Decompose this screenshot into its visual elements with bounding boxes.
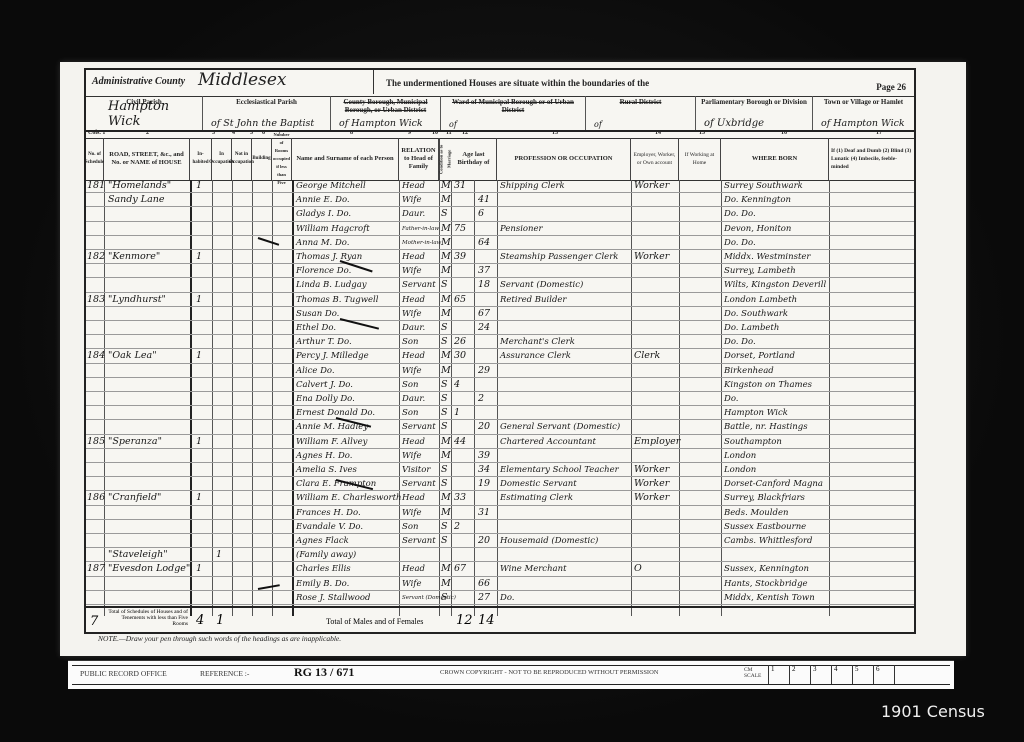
scale-5: 5 — [852, 665, 873, 684]
condition: M — [441, 492, 451, 504]
administrative-county-label: Administrative County — [92, 76, 185, 87]
condition: M — [441, 194, 451, 206]
employment-status: Worker — [634, 492, 669, 504]
relation: Daur. — [402, 208, 425, 220]
occupation: General Servant (Domestic) — [500, 421, 620, 433]
where-born: Surrey, Lambeth — [724, 265, 796, 277]
occupation: Elementary School Teacher — [500, 464, 619, 476]
relation: Daur. — [402, 322, 425, 334]
condition: M — [441, 223, 451, 235]
house-name: Sandy Lane — [108, 194, 164, 206]
employment-status: Worker — [634, 251, 669, 263]
totals-row: 7 Total of Schedules of Houses and of Te… — [86, 606, 914, 635]
uninhabited-count: 1 — [216, 549, 222, 561]
occupation: Do. — [500, 592, 515, 604]
administrative-county-value: Middlesex — [198, 70, 286, 90]
male-age: 75 — [454, 223, 466, 235]
female-age: 39 — [478, 450, 490, 462]
scale-label: CM SCALE — [744, 667, 764, 679]
table-row: 187"Evesdon Lodge"1Charles EllisHeadM67W… — [86, 563, 914, 576]
condition: S — [441, 379, 448, 391]
female-age: 37 — [478, 265, 490, 277]
condition: M — [441, 436, 451, 448]
reference-label: REFERENCE :- — [200, 669, 249, 678]
person-name: Rose J. Stallwood — [296, 592, 370, 604]
table-row: William HagcroftFather-in-lawM75Pensione… — [86, 223, 914, 236]
header-top: Administrative County Middlesex The unde… — [86, 70, 914, 97]
table-row: Ethel Do.Daur.S24Do. Lambeth — [86, 322, 914, 335]
table-row: Annie M. HadleyServantS20General Servant… — [86, 421, 914, 434]
female-age: 19 — [478, 478, 490, 490]
page-number: Page 26 — [876, 82, 906, 92]
person-name: Gladys I. Do. — [296, 208, 351, 220]
occupation: Chartered Accountant — [500, 436, 596, 448]
table-row: Rose J. StallwoodServant (Domestic)S27Do… — [86, 592, 914, 605]
ecclesiastical-parish: Ecclesiastical Parish of St John the Bap… — [203, 96, 331, 130]
where-born: Do. Do. — [724, 208, 756, 220]
schedule-number: 182 — [87, 251, 105, 263]
where-born: Southampton — [724, 436, 782, 448]
table-row: 182"Kenmore"1Thomas J. RyanHeadM39Steams… — [86, 251, 914, 264]
schedule-number: 186 — [87, 492, 105, 504]
person-name: Agnes H. Do. — [296, 450, 352, 462]
table-row: Agnes H. Do.WifeM39London — [86, 450, 914, 463]
total-uninhabited: 1 — [216, 613, 224, 628]
condition: M — [441, 365, 451, 377]
occupation: Housemaid (Domestic) — [500, 535, 598, 547]
male-age: 1 — [454, 407, 460, 419]
ward: Ward of Municipal Borough or of Urban Di… — [441, 96, 586, 130]
relation: Visitor — [402, 464, 430, 476]
person-name: Percy J. Milledge — [296, 350, 369, 362]
administrative-county: Administrative County Middlesex — [86, 70, 374, 94]
where-born: Surrey, Blackfriars — [724, 492, 805, 504]
relation: Son — [402, 407, 418, 419]
condition: S — [441, 521, 448, 533]
house-name: "Oak Lea" — [108, 350, 157, 362]
county-borough: County Borough, Municipal Borough, or Ur… — [331, 96, 441, 130]
female-age: 31 — [478, 507, 490, 519]
occupation: Retired Builder — [500, 294, 567, 306]
house-name: "Kenmore" — [108, 251, 160, 263]
male-age: 67 — [454, 563, 466, 575]
table-row: Agnes FlackServantS20Housemaid (Domestic… — [86, 535, 914, 548]
where-born: Cambs. Whittlesford — [724, 535, 812, 547]
where-born: Do. Do. — [724, 336, 756, 348]
schedule-number: 181 — [87, 180, 105, 192]
inhabited-count: 1 — [196, 294, 202, 306]
person-name: Evandale V. Do. — [296, 521, 363, 533]
where-born: Dorset, Portland — [724, 350, 795, 362]
person-name: William F. Allvey — [296, 436, 367, 448]
table-row: 183"Lyndhurst"1Thomas B. TugwellHeadM65R… — [86, 294, 914, 307]
condition: M — [441, 251, 451, 263]
where-born: Do. Kennington — [724, 194, 791, 206]
employment-status: Worker — [634, 478, 669, 490]
table-row: Amelia S. IvesVisitorS34Elementary Schoo… — [86, 464, 914, 477]
employment-status: Employer — [634, 436, 680, 448]
table-row: Sandy LaneAnnie E. Do.WifeM41Do. Kenning… — [86, 194, 914, 207]
relation: Son — [402, 336, 418, 348]
occupation: Wine Merchant — [500, 563, 567, 575]
female-age: 20 — [478, 421, 490, 433]
inhabited-count: 1 — [196, 492, 202, 504]
person-name: Florence Do. — [296, 265, 351, 277]
person-name: Thomas J. Ryan — [296, 251, 362, 263]
table-row: Alice Do.WifeM29Birkenhead — [86, 365, 914, 378]
where-born: Sussex Eastbourne — [724, 521, 806, 533]
scale-2: 2 — [789, 665, 810, 684]
schedule-number: 187 — [87, 563, 105, 575]
where-born: Do. Do. — [724, 237, 756, 249]
table-row: 181"Homelands"1George MitchellHeadM31Shi… — [86, 180, 914, 193]
relation: Head — [402, 350, 425, 362]
person-name: Anna M. Do. — [296, 237, 349, 249]
table-row: Emily B. Do.WifeM66Hants, Stockbridge — [86, 578, 914, 591]
person-name: Thomas B. Tugwell — [296, 294, 378, 306]
female-age: 34 — [478, 464, 490, 476]
condition: S — [441, 478, 448, 490]
relation: Head — [402, 436, 425, 448]
person-name: Arthur T. Do. — [296, 336, 352, 348]
caption: 1901 Census — [881, 702, 985, 721]
occupation: Merchant's Clerk — [500, 336, 575, 348]
employment-status: Clerk — [634, 350, 660, 362]
relation: Wife — [402, 308, 421, 320]
condition: M — [441, 578, 451, 590]
scale-3: 3 — [810, 665, 831, 684]
boundaries-text: The undermentioned Houses are situate wi… — [386, 78, 649, 88]
female-age: 67 — [478, 308, 490, 320]
person-name: Frances H. Do. — [296, 507, 361, 519]
table-row: Frances H. Do.WifeM31Beds. Moulden — [86, 507, 914, 520]
employment-status: O — [634, 563, 642, 575]
female-age: 64 — [478, 237, 490, 249]
condition: S — [441, 592, 448, 604]
condition: M — [441, 294, 451, 306]
note-text: NOTE.—Draw your pen through such words o… — [98, 634, 341, 643]
male-age: 65 — [454, 294, 466, 306]
scale-1: 1 — [768, 665, 789, 684]
relation: Mother-in-law — [402, 237, 441, 249]
table-row: 185"Speranza"1William F. AllveyHeadM44Ch… — [86, 436, 914, 449]
header-fields: Civil Parish Hampton Wick Ecclesiastical… — [86, 96, 914, 132]
relation: Wife — [402, 365, 421, 377]
relation: Head — [402, 251, 425, 263]
where-born: Do. Southwark — [724, 308, 788, 320]
schedule-number: 183 — [87, 294, 105, 306]
condition: S — [441, 279, 448, 291]
table-row: Susan Do.WifeM67Do. Southwark — [86, 308, 914, 321]
table-row: Calvert J. Do.SonS4Kingston on Thames — [86, 379, 914, 392]
occupation: Estimating Clerk — [500, 492, 573, 504]
scale-6: 6 — [873, 665, 894, 684]
total-inhabited: 4 — [196, 613, 204, 628]
person-name: Annie E. Do. — [296, 194, 350, 206]
relation: Servant — [402, 478, 436, 490]
female-age: 24 — [478, 322, 490, 334]
total-males: 12 — [456, 613, 473, 628]
person-name: Charles Ellis — [296, 563, 351, 575]
inhabited-count: 1 — [196, 436, 202, 448]
male-age: 39 — [454, 251, 466, 263]
condition: S — [441, 322, 448, 334]
female-age: 18 — [478, 279, 490, 291]
occupation: Assurance Clerk — [500, 350, 571, 362]
parliamentary-borough: Parliamentary Borough or Division of Uxb… — [696, 96, 813, 130]
house-name: "Cranfield" — [108, 492, 161, 504]
schedule-number: 185 — [87, 436, 105, 448]
person-name: Susan Do. — [296, 308, 339, 320]
person-name: Emily B. Do. — [296, 578, 349, 590]
where-born: Hampton Wick — [724, 407, 788, 419]
house-name: "Lyndhurst" — [108, 294, 166, 306]
relation: Wife — [402, 265, 421, 277]
male-age: 44 — [454, 436, 466, 448]
male-age: 30 — [454, 350, 466, 362]
relation: Head — [402, 180, 425, 192]
condition: M — [441, 507, 451, 519]
female-age: 27 — [478, 592, 490, 604]
relation: Servant — [402, 279, 436, 291]
condition: S — [441, 464, 448, 476]
female-age: 6 — [478, 208, 484, 220]
inhabited-count: 1 — [196, 563, 202, 575]
table-row: 186"Cranfield"1William E. CharlesworthHe… — [86, 492, 914, 505]
person-name: George Mitchell — [296, 180, 366, 192]
female-age: 29 — [478, 365, 490, 377]
table-row: Gladys I. Do.Daur.S6Do. Do. — [86, 208, 914, 221]
where-born: Devon, Honiton — [724, 223, 791, 235]
condition: M — [441, 350, 451, 362]
where-born: Birkenhead — [724, 365, 774, 377]
town-village-hamlet: Town or Village or Hamlet of Hampton Wic… — [813, 96, 914, 130]
where-born: London Lambeth — [724, 294, 797, 306]
where-born: Middx, Kentish Town — [724, 592, 815, 604]
where-born: Beds. Moulden — [724, 507, 788, 519]
inhabited-count: 1 — [196, 180, 202, 192]
table-row: Ena Dolly Do.Daur.S2Do. — [86, 393, 914, 406]
occupation: Shipping Clerk — [500, 180, 565, 192]
reference-number: RG 13 / 671 — [294, 665, 354, 680]
table-row: 184"Oak Lea"1Percy J. MilledgeHeadM30Ass… — [86, 350, 914, 363]
male-age: 26 — [454, 336, 466, 348]
where-born: London — [724, 464, 756, 476]
condition: M — [441, 308, 451, 320]
schedule-number: 184 — [87, 350, 105, 362]
condition: S — [441, 535, 448, 547]
relation: Servant — [402, 421, 436, 433]
person-name: William Hagcroft — [296, 223, 370, 235]
condition: S — [441, 393, 448, 405]
scale-4: 4 — [831, 665, 852, 684]
where-born: Surrey Southwark — [724, 180, 803, 192]
table-row: Florence Do.WifeM37Surrey, Lambeth — [86, 265, 914, 278]
where-born: Hants, Stockbridge — [724, 578, 808, 590]
relation: Son — [402, 379, 418, 391]
relation: Wife — [402, 194, 421, 206]
relation: Wife — [402, 450, 421, 462]
where-born: Do. Lambeth — [724, 322, 779, 334]
where-born: Battle, nr. Hastings — [724, 421, 808, 433]
where-born: London — [724, 450, 756, 462]
where-born: Wilts, Kingston Deverill — [724, 279, 826, 291]
occupation: Domestic Servant — [500, 478, 577, 490]
total-persons-label: Total of Males and of Females — [326, 617, 423, 626]
relation: Head — [402, 563, 425, 575]
inhabited-count: 1 — [196, 350, 202, 362]
male-age: 33 — [454, 492, 466, 504]
relation: Wife — [402, 578, 421, 590]
person-name: William E. Charlesworth — [296, 492, 401, 504]
relation: Servant — [402, 535, 436, 547]
inhabited-count: 1 — [196, 251, 202, 263]
rural-district: Rural District of — [586, 96, 696, 130]
table-row: Anna M. Do.Mother-in-lawM64Do. Do. — [86, 237, 914, 250]
census-form: Administrative County Middlesex The unde… — [84, 68, 916, 634]
male-age: 4 — [454, 379, 460, 391]
column-headings: No. of Schedule ROAD, STREET, &c., and N… — [86, 138, 914, 181]
record-office: PUBLIC RECORD OFFICE — [80, 669, 167, 678]
person-name: (Family away) — [296, 549, 356, 561]
where-born: Do. — [724, 393, 739, 405]
condition: M — [441, 450, 451, 462]
person-name: Calvert J. Do. — [296, 379, 353, 391]
table-row: Arthur T. Do.SonS26Merchant's ClerkDo. D… — [86, 336, 914, 349]
condition: M — [441, 563, 451, 575]
table-row: "Staveleigh"1(Family away) — [86, 549, 914, 562]
occupation: Pensioner — [500, 223, 543, 235]
house-name: "Evesdon Lodge" — [108, 563, 190, 575]
table-row: Evandale V. Do.SonS2Sussex Eastbourne — [86, 521, 914, 534]
male-age: 2 — [454, 521, 460, 533]
occupation: Servant (Domestic) — [500, 279, 583, 291]
where-born: Sussex, Kennington — [724, 563, 809, 575]
female-age: 41 — [478, 194, 490, 206]
relation: Wife — [402, 507, 421, 519]
relation: Daur. — [402, 393, 425, 405]
employment-status: Worker — [634, 180, 669, 192]
person-name: Ena Dolly Do. — [296, 393, 355, 405]
person-name: Linda B. Ludgay — [296, 279, 367, 291]
employment-status: Worker — [634, 464, 669, 476]
person-name: Ethel Do. — [296, 322, 336, 334]
condition: S — [441, 208, 448, 220]
relation: Father-in-law — [402, 223, 439, 235]
male-age: 31 — [454, 180, 466, 192]
person-name: Alice Do. — [296, 365, 335, 377]
house-name: "Homelands" — [108, 180, 171, 192]
female-age: 2 — [478, 393, 484, 405]
female-age: 66 — [478, 578, 490, 590]
reference-strip: PUBLIC RECORD OFFICE REFERENCE :- RG 13 … — [68, 660, 954, 689]
total-females: 14 — [478, 613, 495, 628]
where-born: Middx. Westminster — [724, 251, 810, 263]
condition: S — [441, 407, 448, 419]
condition: M — [441, 237, 451, 249]
copyright-notice: CROWN COPYRIGHT - NOT TO BE REPRODUCED W… — [440, 669, 659, 676]
relation: Head — [402, 294, 425, 306]
relation: Son — [402, 521, 418, 533]
condition: S — [441, 421, 448, 433]
condition: S — [441, 336, 448, 348]
total-schedules-label: Total of Schedules of Houses and of Tene… — [108, 609, 188, 627]
house-name: "Speranza" — [108, 436, 162, 448]
where-born: Dorset-Canford Magna — [724, 478, 823, 490]
table-row: Clara E. FramptonServantS19Domestic Serv… — [86, 478, 914, 491]
person-name: Amelia S. Ives — [296, 464, 357, 476]
civil-parish: Civil Parish Hampton Wick — [86, 96, 203, 130]
occupation: Steamship Passenger Clerk — [500, 251, 618, 263]
table-row: Linda B. LudgayServantS18Servant (Domest… — [86, 279, 914, 292]
condition: M — [441, 265, 451, 277]
total-schedules: 7 — [90, 614, 98, 629]
condition: M — [441, 180, 451, 192]
relation: Head — [402, 492, 425, 504]
female-age: 20 — [478, 535, 490, 547]
table-row: Ernest Donald Do.SonS1Hampton Wick — [86, 407, 914, 420]
person-name: Agnes Flack — [296, 535, 349, 547]
house-name: "Staveleigh" — [108, 549, 168, 561]
where-born: Kingston on Thames — [724, 379, 812, 391]
